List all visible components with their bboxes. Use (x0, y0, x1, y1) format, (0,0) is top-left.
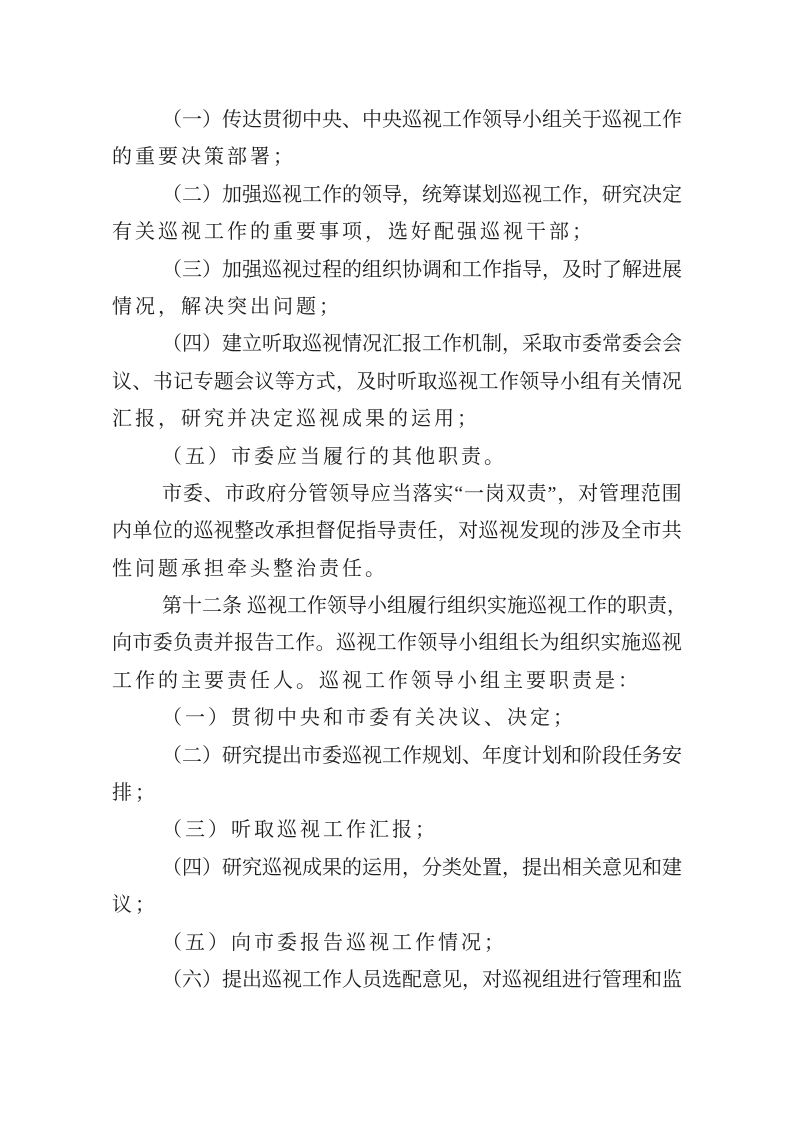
text-char: ， (582, 177, 602, 214)
text-char: 工 (567, 588, 587, 625)
text-char: 导 (502, 102, 522, 139)
text-char: 委 (183, 476, 203, 513)
text-char: ） (202, 252, 222, 289)
text-char: 导 (377, 513, 397, 550)
text-line: 汇报，研究并决定巡视成果的运用； (112, 401, 682, 438)
text-char: 展 (662, 252, 682, 289)
text-char: 巡 (502, 962, 522, 999)
text-char: 位 (153, 513, 173, 550)
text-char: 员 (362, 962, 382, 999)
text-char: 组 (499, 625, 519, 662)
text-char: 导 (382, 177, 402, 214)
text-char: 视 (282, 177, 302, 214)
text-char: （ (162, 850, 182, 887)
text-line: （四）建立听取巡视情况汇报工作机制，采取市委常委会会 (112, 326, 682, 363)
text-line: 情况，解决突出问题； (112, 289, 682, 326)
text-char: 小 (458, 625, 478, 662)
text-char: 决 (642, 177, 662, 214)
text-char: 理 (622, 962, 642, 999)
text-char: 管 (308, 476, 328, 513)
text-char: 中 (362, 102, 382, 139)
text-char: 配 (402, 962, 422, 999)
text-char: 强 (242, 177, 262, 214)
text-char: 听 (262, 326, 282, 363)
text-char: 务 (642, 738, 662, 775)
text-char: 导 (347, 588, 367, 625)
text-char: 委 (153, 625, 173, 662)
text-char: 内 (112, 513, 132, 550)
text-char: 、 (462, 738, 482, 775)
text-char: 组 (387, 588, 407, 625)
text-char: 央 (382, 102, 402, 139)
text-char: 全 (621, 513, 641, 550)
text-char: 见 (442, 962, 462, 999)
text-char: 当 (392, 476, 412, 513)
text-char: 记 (173, 364, 193, 401)
text-line: 有关巡视工作的重要事项，选好配强巡视干部； (112, 214, 682, 251)
text-char: 组 (362, 252, 382, 289)
text-char: 加 (222, 177, 242, 214)
text-char: 涉 (580, 513, 600, 550)
text-char: 议 (255, 364, 275, 401)
text-char: 时 (377, 364, 397, 401)
text-char: 强 (242, 252, 262, 289)
text-char: 达 (242, 102, 262, 139)
text-line: （二）加强巡视工作的领导，统筹谋划巡视工作，研究决定 (112, 177, 682, 214)
text-char: 的 (607, 588, 627, 625)
text-char: 巡 (262, 850, 282, 887)
text-char: 落 (413, 476, 433, 513)
text-char: 管 (602, 962, 622, 999)
text-char: 贯 (262, 102, 282, 139)
text-char: 巡 (193, 513, 213, 550)
text-char: 过 (302, 252, 322, 289)
text-char: 成 (302, 850, 322, 887)
text-char: 一 (182, 102, 202, 139)
text-char: 责 (647, 588, 667, 625)
text-char: 视 (267, 588, 287, 625)
text-char: 和 (562, 738, 582, 775)
text-char: 出 (242, 962, 262, 999)
text-char: 岗 (485, 476, 505, 513)
text-char: 导 (540, 364, 560, 401)
text-char: 二 (202, 588, 222, 625)
text-char: 的 (342, 850, 362, 887)
text-char: （ (162, 252, 182, 289)
text-line: （五）市委应当履行的其他职责。 (112, 439, 682, 476)
text-char: （ (162, 102, 182, 139)
text-char: 巡 (402, 102, 422, 139)
text-char: 度 (502, 738, 522, 775)
text-char: 情 (641, 364, 661, 401)
text-char: 加 (222, 252, 242, 289)
text-line: 议； (112, 887, 682, 924)
text-char: 情 (342, 326, 362, 363)
text-char: 立 (242, 326, 262, 363)
text-char: 视 (214, 513, 234, 550)
text-char: 进 (562, 962, 582, 999)
text-char: 巡 (262, 252, 282, 289)
text-char: 促 (336, 513, 356, 550)
text-line: 议、书记专题会议等方式，及时听取巡视工作领导小组有关情况 (112, 364, 682, 401)
text-char: 小 (367, 588, 387, 625)
text-line: 排； (112, 775, 682, 812)
text-char: 见 (622, 850, 642, 887)
text-char: 工 (642, 102, 662, 139)
text-char: 管 (599, 476, 619, 513)
text-char: ） (202, 177, 222, 214)
text-char: 施 (507, 588, 527, 625)
text-line: （四）研究巡视成果的运用，分类处置，提出相关意见和建 (112, 850, 682, 887)
text-char: ） (202, 738, 222, 775)
text-char: 市 (641, 513, 661, 550)
text-char: 双 (506, 476, 526, 513)
text-char: 委 (322, 738, 342, 775)
text-char: 工 (302, 177, 322, 214)
text-char: 织 (382, 252, 402, 289)
text-char: 央 (322, 102, 342, 139)
text-line: （三）听取巡视工作汇报； (112, 812, 682, 849)
text-char: ） (202, 326, 222, 363)
text-char: 处 (462, 850, 482, 887)
text-line: （三）加强巡视过程的组织协调和工作指导，及时了解进展 (112, 252, 682, 289)
text-char: 二 (182, 738, 202, 775)
text-char: 式 (316, 364, 336, 401)
text-char: 运 (362, 850, 382, 887)
text-char: 视 (522, 177, 542, 214)
text-char: 督 (316, 513, 336, 550)
text-char: 提 (222, 962, 242, 999)
text-char: 选 (382, 962, 402, 999)
text-char: 用 (382, 850, 402, 887)
text-char: 建 (222, 326, 242, 363)
text-char: 、 (132, 364, 152, 401)
text-char: 十 (182, 588, 202, 625)
text-char: 围 (662, 476, 682, 513)
text-line: 向市委负责并报告工作。巡视工作领导小组组长为组织实施巡视 (112, 625, 682, 662)
text-line: （二）研究提出市委巡视工作规划、年度计划和阶段任务安 (112, 738, 682, 775)
text-char: 指 (502, 252, 522, 289)
text-char: 有 (601, 364, 621, 401)
text-char: 改 (255, 513, 275, 550)
text-line: 性问题承担牵头整治责任。 (112, 551, 682, 588)
text-char: 果 (322, 850, 342, 887)
text-line: （六）提出巡视工作人员选配意见，对巡视组进行管理和监 (112, 962, 682, 999)
text-line: 内单位的巡视整改承担督促指导责任，对巡视发现的涉及全市共 (112, 513, 682, 550)
text-char: 领 (329, 476, 349, 513)
text-char: 工 (478, 364, 498, 401)
text-char: 市 (302, 738, 322, 775)
text-char: 的 (560, 513, 580, 550)
text-char: 会 (662, 326, 682, 363)
text-char: 工 (422, 326, 442, 363)
text-char: ” (548, 476, 557, 513)
text-char: 为 (540, 625, 560, 662)
text-char: 统 (422, 177, 442, 214)
text-char: 置 (482, 850, 502, 887)
text-char: 关 (582, 850, 602, 887)
text-char: 指 (356, 513, 376, 550)
text-char: 市 (132, 625, 152, 662)
text-char: 题 (214, 364, 234, 401)
text-char: 取 (282, 326, 302, 363)
text-char: 制 (482, 326, 502, 363)
text-char: 调 (422, 252, 442, 289)
text-char: 行 (427, 588, 447, 625)
text-char: ， (542, 252, 562, 289)
text-char: 取 (417, 364, 437, 401)
text-char: 组 (542, 962, 562, 999)
text-char: 责 (193, 625, 213, 662)
text-char: 听 (397, 364, 417, 401)
text-char: 的 (173, 513, 193, 550)
text-char: 四 (182, 326, 202, 363)
text-char: 府 (266, 476, 286, 513)
text-char: （ (162, 177, 182, 214)
text-char: 取 (542, 326, 562, 363)
text-char: 实 (601, 625, 621, 662)
text-char: 进 (642, 252, 662, 289)
text-char: 作 (482, 252, 502, 289)
text-line: （一）贯彻中央和市委有关决议、决定； (112, 700, 682, 737)
text-char: 向 (112, 625, 132, 662)
text-char: （ (162, 962, 182, 999)
text-char: 小 (560, 364, 580, 401)
text-char: 工 (287, 588, 307, 625)
text-char: 视 (499, 513, 519, 550)
text-char: 。 (316, 625, 336, 662)
text-char: 任 (417, 513, 437, 550)
text-char: 作 (499, 364, 519, 401)
text-char: 视 (322, 326, 342, 363)
text-char: 领 (519, 364, 539, 401)
text-char: 和 (442, 252, 462, 289)
text-char: 工 (542, 177, 562, 214)
text-char: 方 (295, 364, 315, 401)
text-char: ， (402, 177, 422, 214)
text-char: 会 (642, 326, 662, 363)
text-char: 施 (621, 625, 641, 662)
text-char: 时 (582, 252, 602, 289)
text-char: 作 (462, 102, 482, 139)
text-char: 出 (282, 738, 302, 775)
text-char: 对 (458, 513, 478, 550)
text-char: 况 (662, 364, 682, 401)
text-char: 中 (302, 102, 322, 139)
text-char: 委 (622, 326, 642, 363)
text-char: 视 (522, 962, 542, 999)
text-char: ， (402, 850, 422, 887)
text-char: 作 (562, 177, 582, 214)
text-char: 划 (482, 177, 502, 214)
text-char: 市 (562, 326, 582, 363)
text-char: 况 (362, 326, 382, 363)
text-char: 条 (222, 588, 242, 625)
text-char: ， (336, 364, 356, 401)
text-char: 巡 (302, 326, 322, 363)
text-char: 了 (602, 252, 622, 289)
text-char: 人 (342, 962, 362, 999)
text-char: 作 (397, 625, 417, 662)
text-char: 导 (522, 252, 542, 289)
text-char: 二 (182, 177, 202, 214)
text-char: 对 (578, 476, 598, 513)
text-char: 巡 (502, 177, 522, 214)
text-char: 专 (193, 364, 213, 401)
text-char: 相 (562, 850, 582, 887)
text-char: 组 (447, 588, 467, 625)
text-char: 对 (482, 962, 502, 999)
text-char: 巡 (336, 625, 356, 662)
text-char: 等 (275, 364, 295, 401)
text-char: 规 (422, 738, 442, 775)
text-char: 视 (622, 102, 642, 139)
text-char: 机 (462, 326, 482, 363)
text-char: 第 (162, 588, 182, 625)
text-char: 发 (519, 513, 539, 550)
text-char: 组 (478, 625, 498, 662)
text-char: 履 (407, 588, 427, 625)
text-char: 巡 (478, 513, 498, 550)
text-char: 谋 (462, 177, 482, 214)
text-line: （五）向市委报告巡视工作情况； (112, 925, 682, 962)
text-char: 报 (402, 326, 422, 363)
text-char: 责 (397, 513, 417, 550)
text-char: （ (162, 326, 182, 363)
text-char: 织 (580, 625, 600, 662)
text-char: 作 (587, 588, 607, 625)
text-char: 划 (542, 738, 562, 775)
text-char: ， (502, 326, 522, 363)
text-char: 组 (542, 102, 562, 139)
text-char: 单 (132, 513, 152, 550)
text-char: 及 (601, 513, 621, 550)
text-char: 、 (342, 102, 362, 139)
text-char: 工 (275, 625, 295, 662)
text-char: 计 (522, 738, 542, 775)
text-char: 导 (438, 625, 458, 662)
text-char: 任 (622, 738, 642, 775)
text-char: 视 (662, 625, 682, 662)
text-char: 研 (222, 738, 242, 775)
text-char: 意 (602, 850, 622, 887)
text-line: 工作的主要责任人。巡视工作领导小组主要职责是： (112, 663, 682, 700)
text-char: 领 (327, 588, 347, 625)
text-char: 领 (482, 102, 502, 139)
text-char: 视 (282, 850, 302, 887)
text-char: 议 (112, 364, 132, 401)
text-char: 于 (582, 102, 602, 139)
text-char: 程 (322, 252, 342, 289)
text-char: 巡 (438, 364, 458, 401)
text-char: 担 (295, 513, 315, 550)
text-char: 研 (222, 850, 242, 887)
text-char: 巡 (262, 177, 282, 214)
text-char: 关 (621, 364, 641, 401)
text-char: 巡 (602, 102, 622, 139)
text-char: 范 (641, 476, 661, 513)
text-char: 会 (234, 364, 254, 401)
text-char: 监 (662, 962, 682, 999)
text-char: 织 (467, 588, 487, 625)
text-char: 作 (322, 962, 342, 999)
text-char: 传 (222, 102, 242, 139)
text-char: 巡 (262, 962, 282, 999)
text-char: 意 (422, 962, 442, 999)
text-char: 建 (662, 850, 682, 887)
text-char: 工 (382, 738, 402, 775)
text-char: ） (202, 962, 222, 999)
text-char: 作 (307, 588, 327, 625)
text-char: 六 (182, 962, 202, 999)
text-char: 视 (362, 738, 382, 775)
text-char: 分 (287, 476, 307, 513)
text-char: 政 (246, 476, 266, 513)
text-char: 巡 (527, 588, 547, 625)
text-char: 书 (153, 364, 173, 401)
text-char: ， (667, 588, 687, 625)
text-char: 应 (371, 476, 391, 513)
text-char: 领 (417, 625, 437, 662)
text-char: ） (202, 850, 222, 887)
text-char: 汇 (382, 326, 402, 363)
text-char: ， (502, 850, 522, 887)
text-char: 实 (487, 588, 507, 625)
text-char: 划 (442, 738, 462, 775)
text-char: 告 (255, 625, 275, 662)
text-char: 实 (433, 476, 453, 513)
text-char: 领 (362, 177, 382, 214)
text-char: 作 (295, 625, 315, 662)
text-char: 作 (322, 177, 342, 214)
text-line: （一）传达贯彻中央、中央巡视工作领导小组关于巡视工作 (112, 102, 682, 139)
text-char: 三 (182, 252, 202, 289)
text-char: 视 (282, 252, 302, 289)
text-char: 共 (662, 513, 682, 550)
text-line: 第十二条 巡视工作领导小组履行组织实施巡视工作的职责， (112, 588, 682, 625)
text-char: 筹 (442, 177, 462, 214)
text-char: 视 (547, 588, 567, 625)
text-char: 定 (662, 177, 682, 214)
text-char: 整 (234, 513, 254, 550)
text-char: 协 (402, 252, 422, 289)
text-char: 究 (622, 177, 642, 214)
text-char: 视 (356, 625, 376, 662)
text-char: 阶 (582, 738, 602, 775)
text-char: 报 (234, 625, 254, 662)
text-char: 委 (582, 326, 602, 363)
text-char: ， (438, 513, 458, 550)
text-char: 视 (422, 102, 442, 139)
text-char: 视 (282, 962, 302, 999)
text-char: 作 (662, 102, 682, 139)
text-char: 分 (422, 850, 442, 887)
text-char: 解 (622, 252, 642, 289)
text-char: 现 (540, 513, 560, 550)
text-block: （一）传达贯彻中央、中央巡视工作领导小组关于巡视工作的重要决策部署；（二）加强巡… (112, 102, 682, 999)
text-char: ） (202, 102, 222, 139)
text-char: 巡 (342, 738, 362, 775)
text-char: 和 (642, 962, 662, 999)
text-char: 及 (562, 252, 582, 289)
text-char: 导 (350, 476, 370, 513)
text-char: 责 (527, 476, 547, 513)
text-char: 究 (242, 850, 262, 887)
text-char: 类 (442, 850, 462, 887)
text-char: 工 (442, 102, 462, 139)
text-char: 常 (602, 326, 622, 363)
text-char: 负 (173, 625, 193, 662)
